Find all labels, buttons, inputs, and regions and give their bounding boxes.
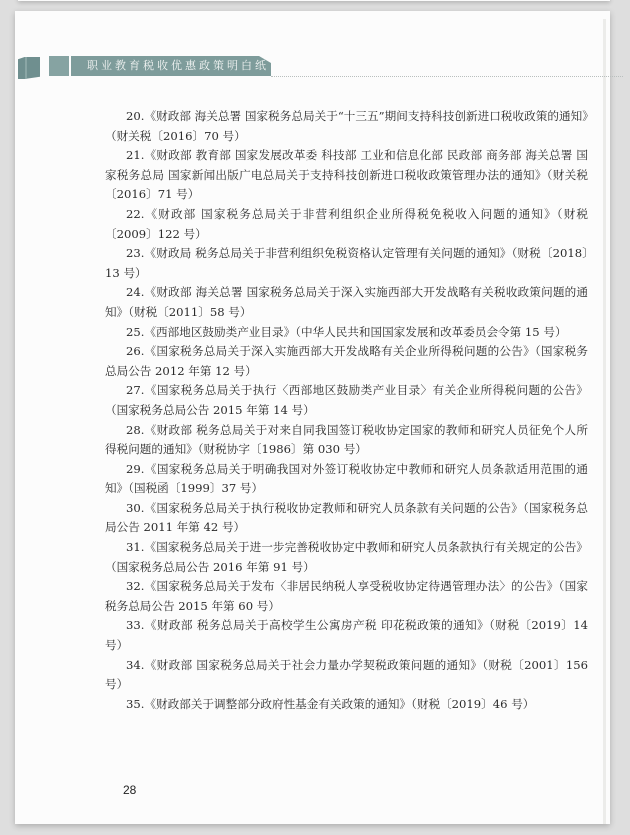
list-item: 34.《财政部 国家税务总局关于社会力量办学契税政策问题的通知》（财税〔2001… [105,656,588,695]
list-item: 21.《财政部 教育部 国家发展改革委 科技部 工业和信息化部 民政部 商务部 … [105,146,588,205]
list-item: 25.《西部地区鼓励类产业目录》（中华人民共和国国家发展和改革委员会令第 15 … [105,323,588,343]
book-spine-icon [18,57,40,79]
list-item: 33.《财政部 税务总局关于高校学生公寓房产税 印花税政策的通知》（财税〔201… [105,616,588,655]
list-item: 22.《财政部 国家税务总局关于非营利组织企业所得税免税收入问题的通知》（财税〔… [105,205,588,244]
list-item: 27.《国家税务总局关于执行〈西部地区鼓励类产业目录〉有关企业所得税问题的公告》… [105,381,588,420]
document-page: 职业教育税收优惠政策明白纸 20.《财政部 海关总署 国家税务总局关于“十三五”… [15,11,610,824]
previous-page-edge [18,0,610,1]
list-item: 26.《国家税务总局关于深入实施西部大开发战略有关企业所得税问题的公告》（国家税… [105,342,588,381]
list-item: 30.《国家税务总局关于执行税收协定教师和研究人员条款有关问题的公告》（国家税务… [105,499,588,538]
list-item: 23.《财政局 税务总局关于非营利组织免税资格认定管理有关问题的通知》（财税〔2… [105,244,588,283]
page-number: 28 [123,783,136,797]
list-item: 29.《国家税务总局关于明确我国对外签订税收协定中教师和研究人员条款适用范围的通… [105,460,588,499]
list-item: 20.《财政部 海关总署 国家税务总局关于“十三五”期间支持科技创新进口税收政策… [105,107,588,146]
list-item: 28.《财政部 税务总局关于对来自同我国签订税收协定国家的教师和研究人员征免个人… [105,421,588,460]
square-ornament-icon [49,56,69,76]
list-item: 35.《财政部关于调整部分政府性基金有关政策的通知》（财税〔2019〕46 号） [105,695,588,715]
list-item: 24.《财政部 海关总署 国家税务总局关于深入实施西部大开发战略有关税收政策问题… [105,283,588,322]
list-item: 31.《国家税务总局关于进一步完善税收协定中教师和研究人员条款执行有关规定的公告… [105,538,588,577]
page-edge [603,19,606,824]
reference-list: 20.《财政部 海关总署 国家税务总局关于“十三五”期间支持科技创新进口税收政策… [105,107,588,714]
running-header-title: 职业教育税收优惠政策明白纸 [71,56,271,76]
list-item: 32.《国家税务总局关于发布〈非居民纳税人享受税收协定待遇管理办法〉的公告》（国… [105,577,588,616]
header-dotted-rule [271,76,623,77]
